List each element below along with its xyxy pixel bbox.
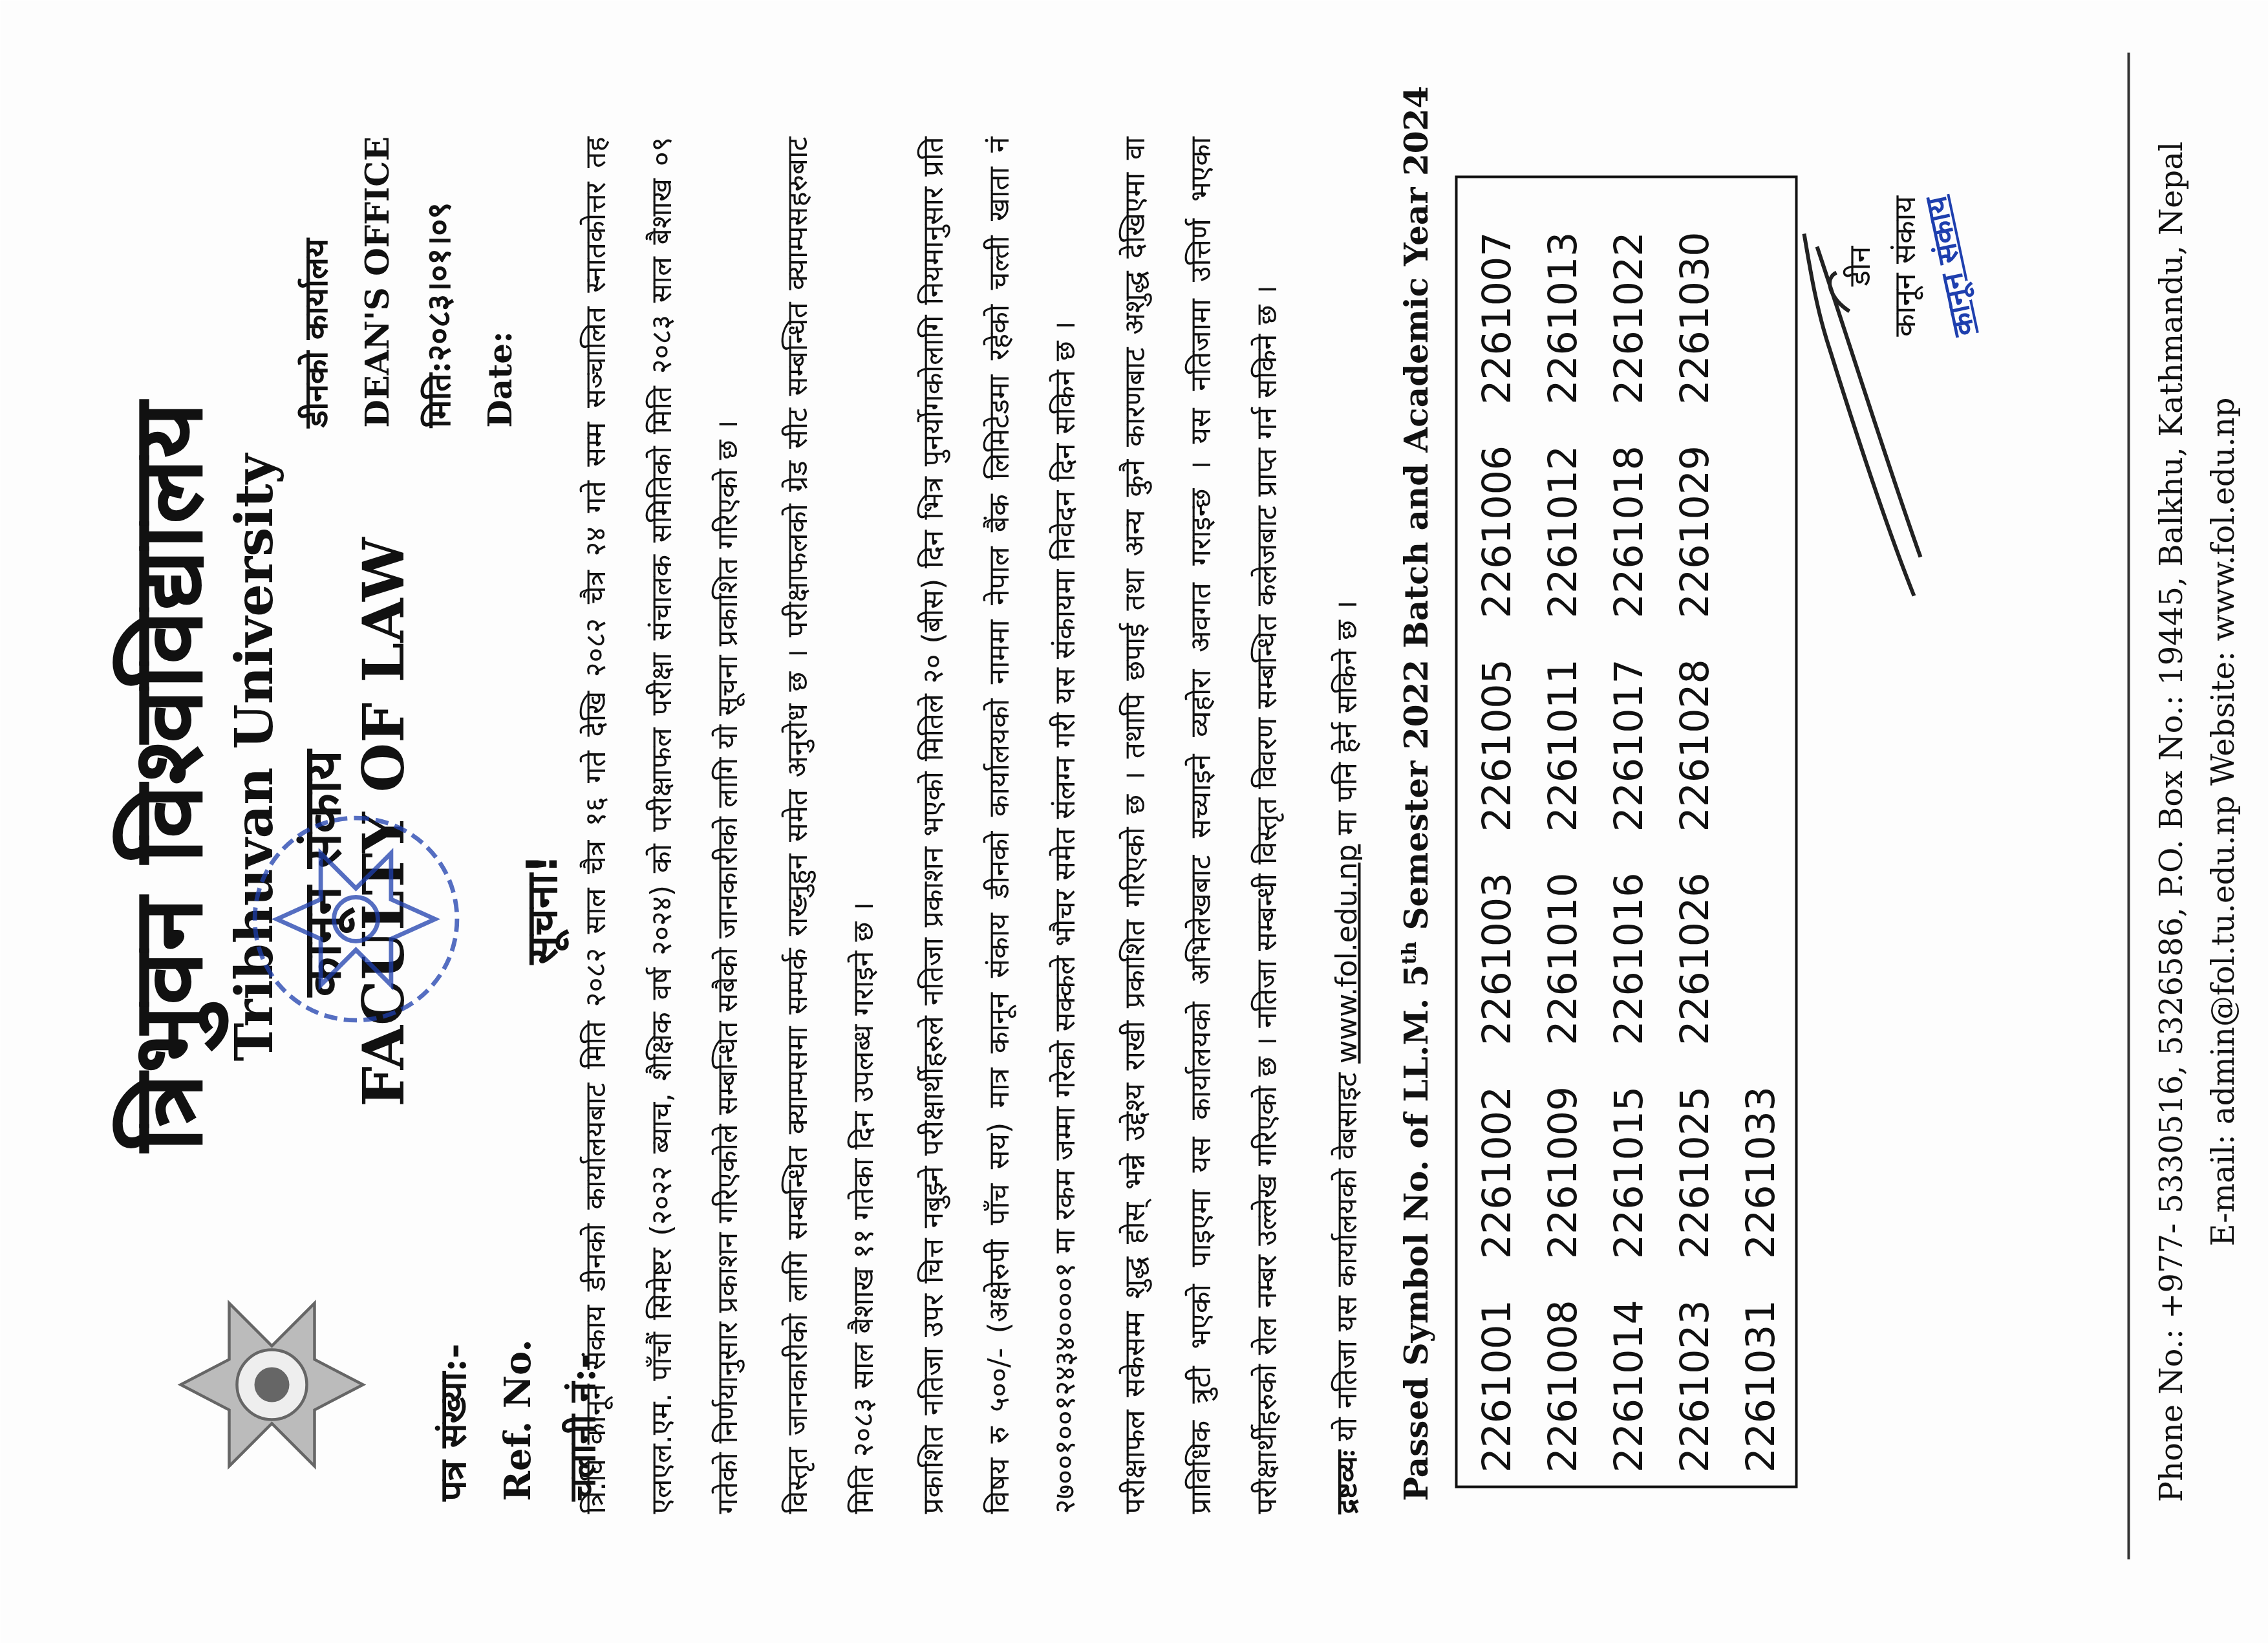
symbol-number: 2261010 <box>1540 832 1585 1045</box>
ref-number-label: Ref. No. <box>485 1339 550 1501</box>
results-title-sup: th <box>1398 941 1420 964</box>
results-title-suffix: Semester 2022 Batch and Academic Year 20… <box>1396 85 1435 941</box>
website-link[interactable]: www.fol.edu.np <box>1330 844 1363 1063</box>
symbol-number: 2261003 <box>1474 832 1519 1045</box>
symbol-number: 2261022 <box>1606 191 1651 404</box>
passed-symbol-table: 2261001226100222610032261005226100622610… <box>1455 175 1797 1488</box>
symbol-number: 2261002 <box>1474 1045 1519 1258</box>
notice-letter: त्रिभुवन विश्वविद्यालय Tribhuvan Univers… <box>0 0 2268 1643</box>
symbol-number: 2261016 <box>1606 832 1651 1045</box>
symbol-number: 2261033 <box>1738 1045 1783 1258</box>
notice-paragraph: विस्तृत जानकारीको लागि सम्बन्धित क्याम्प… <box>764 136 896 1514</box>
dean-office-stamp-icon <box>246 802 465 1035</box>
symbol-number: 2261023 <box>1672 1259 1717 1472</box>
dean-office-block: डीनको कार्यालय DEAN'S OFFICE मिति:२०८३।०… <box>284 136 530 427</box>
letter-number-label: पत्र संख्या:- <box>420 1339 485 1501</box>
symbol-number: 2261001 <box>1474 1259 1519 1472</box>
notice-paragraph: त्रि.वि कानून संकाय डीनको कार्यालयबाट मि… <box>562 136 760 1514</box>
signatory-role: डीन <box>1836 195 1881 337</box>
symbol-number: 2261008 <box>1540 1259 1585 1472</box>
tribhuvan-university-emblem-icon <box>175 1287 369 1481</box>
notice-paragraph: परीक्षाफल सकेसम्म शुद्ध होस् भन्ने उद्दे… <box>1102 136 1300 1514</box>
symbol-number: 2261012 <box>1540 404 1585 617</box>
symbol-number: 2261006 <box>1474 404 1519 617</box>
notice-title: सूचना! <box>511 854 569 964</box>
symbol-number: 2261009 <box>1540 1045 1585 1258</box>
symbol-number: 2261026 <box>1672 832 1717 1045</box>
symbol-number: 2261018 <box>1606 404 1651 617</box>
symbol-number: 2261014 <box>1606 1259 1651 1472</box>
note-text: यो नतिजा यस कार्यालयको वेबसाइट <box>1330 1063 1363 1450</box>
signature-block: डीन कानून संकाय कानून संकाय <box>1836 195 1972 337</box>
footer-divider <box>2127 52 2130 1559</box>
symbol-number: 2261029 <box>1672 404 1717 617</box>
symbol-number: 2261017 <box>1606 618 1651 832</box>
notice-body: त्रि.वि कानून संकाय डीनको कार्यालयबाट मि… <box>562 136 1303 1514</box>
date-english-label: Date: <box>469 136 530 427</box>
university-name-nepali: त्रिभुवन विश्वविद्यालय <box>97 402 229 1152</box>
footer-contact: Phone No.: +977- 5330516, 5326586, P.O. … <box>2153 0 2189 1643</box>
office-name-english: DEAN'S OFFICE <box>346 136 407 427</box>
symbol-number: 2261011 <box>1540 618 1585 832</box>
symbol-number: 2261028 <box>1672 618 1717 832</box>
symbol-number: 2261030 <box>1672 191 1717 404</box>
office-name-nepali: डीनको कार्यालय <box>284 136 346 427</box>
symbol-number: 2261013 <box>1540 191 1585 404</box>
footer-email-website: E-mail: admin@fol.tu.edu.np Website: www… <box>2205 0 2241 1643</box>
note-text-end: मा पनि हेर्न सकिने छ । <box>1330 600 1363 844</box>
results-table-title: Passed Symbol No. of LL.M. 5th Semester … <box>1396 85 1435 1501</box>
date-nepali: मिति:२०८३।०१।०९ <box>407 136 469 427</box>
note-line: द्रष्टव्यः यो नतिजा यस कार्यालयको वेबसाइ… <box>1325 600 1364 1514</box>
symbol-number: 2261015 <box>1606 1045 1651 1258</box>
symbol-number: 2261031 <box>1738 1259 1783 1472</box>
symbol-number: 2261005 <box>1474 618 1519 832</box>
results-title-prefix: Passed Symbol No. of LL.M. 5 <box>1396 964 1435 1501</box>
symbol-number: 2261007 <box>1474 191 1519 404</box>
notice-paragraph: प्रकाशित नतिजा उपर चित्त नबुझ्ने परीक्षा… <box>900 136 1098 1514</box>
note-label: द्रष्टव्यः <box>1330 1450 1363 1514</box>
symbol-number: 2261025 <box>1672 1045 1717 1258</box>
